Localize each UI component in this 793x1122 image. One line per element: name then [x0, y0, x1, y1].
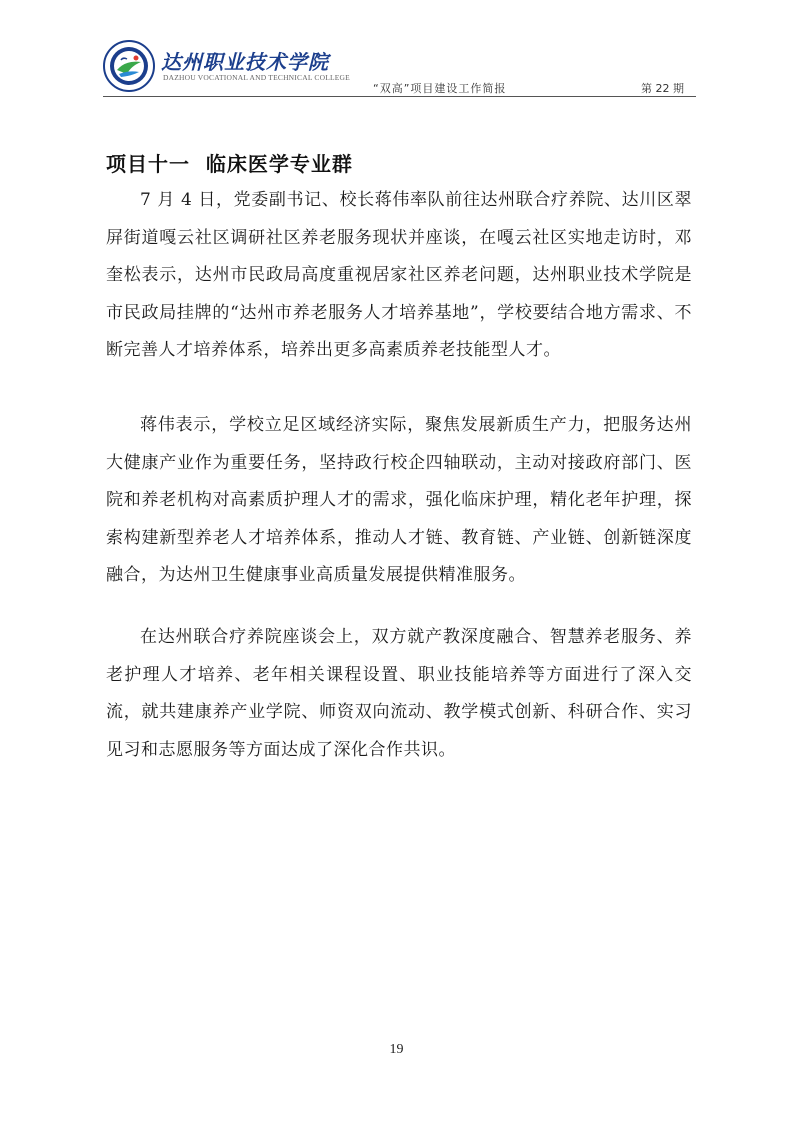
- page-number: 19: [0, 1042, 793, 1058]
- college-name-en: DAZHOU VOCATIONAL AND TECHNICAL COLLEGE: [163, 73, 350, 82]
- paragraph: 在达州联合疗养院座谈会上，双方就产教深度融合、智慧养老服务、养老护理人才培养、老…: [106, 619, 692, 769]
- section-title: 项目十一 临床医学专业群: [106, 148, 353, 177]
- college-logo-icon: [103, 40, 155, 92]
- paragraph-1-block: 7 月 4 日，党委副书记、校长蒋伟率队前往达州联合疗养院、达川区翠屏街道嘎云社…: [106, 182, 692, 370]
- issue-number: 第 22 期: [641, 80, 684, 96]
- page-header: 达州职业技术学院 DAZHOU VOCATIONAL AND TECHNICAL…: [103, 40, 696, 96]
- header-divider: [103, 96, 696, 97]
- paragraph-3-block: 在达州联合疗养院座谈会上，双方就产教深度融合、智慧养老服务、养老护理人才培养、老…: [106, 619, 692, 769]
- bulletin-title: “双高”项目建设工作简报: [373, 80, 506, 96]
- paragraph: 蒋伟表示，学校立足区域经济实际，聚焦发展新质生产力，把服务达州大健康产业作为重要…: [106, 407, 692, 595]
- paragraph: 7 月 4 日，党委副书记、校长蒋伟率队前往达州联合疗养院、达川区翠屏街道嘎云社…: [106, 182, 692, 370]
- paragraph-2-block: 蒋伟表示，学校立足区域经济实际，聚焦发展新质生产力，把服务达州大健康产业作为重要…: [106, 407, 692, 595]
- college-name-cn: 达州职业技术学院: [161, 46, 329, 75]
